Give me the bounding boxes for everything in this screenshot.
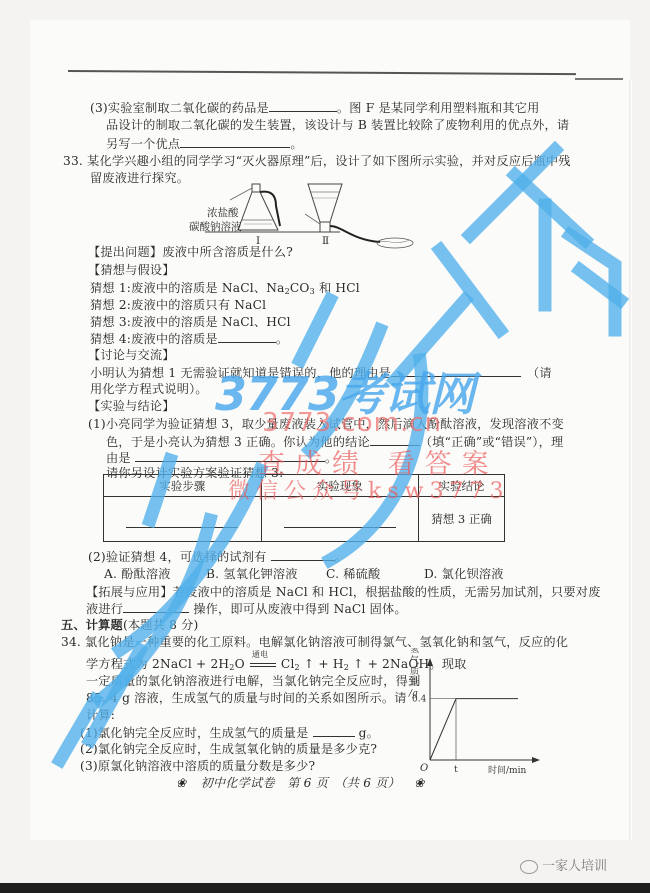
svg-text:质: 质 xyxy=(410,665,419,677)
experiment-table: 实验步骤 实验现象 实验结论 猜想 3 正确 xyxy=(103,474,505,542)
answer-blank[interactable] xyxy=(180,135,290,148)
reaction-arrow: 通电 xyxy=(249,656,277,672)
q34-sub2: (2)氯化钠完全反应时，生成氢氧化钠的质量是多少克? xyxy=(80,741,377,757)
q33-intro-line2: 留废液进行探究。 xyxy=(90,170,189,186)
exp1-line1: (1)小亮同学为验证猜想 3，取少量废液装入试管中，然后滴入酚酞溶液，发现溶液不… xyxy=(88,416,564,432)
table-cell-steps[interactable] xyxy=(104,497,262,542)
option-a: A. 酚酞溶液 xyxy=(104,566,171,582)
table-header-phenomena: 实验现象 xyxy=(261,475,419,497)
q34-sub3: (3)原氯化钠溶液中溶质的质量分数是多少? xyxy=(80,758,315,774)
section5-heading: 五、计算题(本题共 8 分) xyxy=(61,617,199,633)
answer-blank[interactable] xyxy=(126,527,238,528)
answer-blank[interactable] xyxy=(313,724,355,737)
option-b: B. 氢氧化钾溶液 xyxy=(206,566,298,582)
q34-sub1: (1)氯化钠完全反应时，生成氢气的质量是 g。 xyxy=(80,724,379,741)
hypothesis-4: 猜想 4:废液中的溶质是。 xyxy=(90,330,288,347)
exp2-line1: (2)验证猜想 4，可选择的试剂有 。 xyxy=(88,548,347,565)
discussion-line1: 小明认为猜想 1 无需验证就知道是错误的，他的理由是（请 xyxy=(90,364,552,381)
top-rule-step xyxy=(575,78,623,80)
flower-ornament-right: ❀ xyxy=(414,776,424,790)
flower-ornament-left: ❀ xyxy=(176,776,186,790)
page-edge-shadow xyxy=(629,80,632,840)
label-apparatus-II: Ⅱ xyxy=(322,235,329,247)
svg-text:氢: 氢 xyxy=(410,648,419,655)
q34-line5: 计算: xyxy=(86,707,115,723)
table-cell-phenomena[interactable] xyxy=(261,497,419,542)
wechat-icon xyxy=(520,860,538,874)
discussion-heading: 【讨论与交流】 xyxy=(88,347,175,363)
extension-line2: 液进行 操作，即可从废液中得到 NaCl 固体。 xyxy=(86,600,407,617)
label-concentrated-hcl: 浓盐酸 xyxy=(207,205,239,220)
q34-line4: 85. 4 g 溶液，生成氢气的质量与时间的关系如图所示。请 xyxy=(86,690,407,706)
q32-part3-line3: 另写一个优点。 xyxy=(106,135,303,152)
q32-part3-line2: 品设计的制取二氧化碳的发生装置，该设计与 B 装置比较除了废物利用的优点外，请 xyxy=(106,117,569,133)
answer-blank[interactable] xyxy=(269,99,337,112)
option-d: D. 氯化钡溶液 xyxy=(424,566,504,582)
table-cell-conclusion: 猜想 3 正确 xyxy=(419,497,505,542)
hypothesis-2: 猜想 2:废液中的溶质只有 NaCl xyxy=(90,297,266,313)
answer-blank[interactable] xyxy=(218,330,276,343)
q34-line3: 一定质量的氯化钠溶液进行电解，当氯化钠完全反应时，得到 xyxy=(86,673,420,689)
svg-text:0.4: 0.4 xyxy=(412,695,427,705)
experiment-heading: 【实验与结论】 xyxy=(88,398,175,414)
svg-text:O: O xyxy=(420,763,428,774)
extension-line1: 【拓展与应用】若废液中的溶质是 NaCl 和 HCl，根据盐酸的性质，无需另加试… xyxy=(86,584,601,600)
exp1-line2: 色，于是小亮认为猜想 3 正确。你认为他的结论（填“正确”或“错误”），理 xyxy=(106,433,563,450)
wechat-source-tag: 一家人培训 xyxy=(520,855,607,874)
svg-text:量: 量 xyxy=(410,677,419,688)
discussion-line2: 用化学方程式说明）。 xyxy=(90,381,208,397)
hypothesis-heading: 【猜想与假设】 xyxy=(88,262,175,278)
chart-canvas: 氢气质量/g0.4tO时间/min xyxy=(400,648,550,778)
svg-text:气: 气 xyxy=(410,654,419,666)
table-header-steps: 实验步骤 xyxy=(104,475,262,497)
svg-text:t: t xyxy=(454,765,458,775)
label-sodium-carbonate: 碳酸钠溶液 xyxy=(189,219,242,234)
q33-intro-line1: 33. 某化学兴趣小组的同学学习“灭火器原理”后，设计了如下图所示实验，并对反应… xyxy=(63,153,571,169)
page-footer: ❀ 初中化学试卷 第 6 页 （共 6 页） ❀ xyxy=(176,775,425,791)
svg-text:时间/min: 时间/min xyxy=(488,764,526,776)
option-c: C. 稀硫酸 xyxy=(326,566,380,582)
answer-blank[interactable] xyxy=(284,527,396,528)
answer-blank[interactable] xyxy=(391,364,521,377)
answer-blank[interactable] xyxy=(123,600,189,613)
answer-blank[interactable] xyxy=(135,449,325,462)
apparatus-figure: 浓盐酸 碳酸钠溶液 Ⅰ Ⅱ xyxy=(180,182,440,250)
answer-blank[interactable] xyxy=(370,433,420,446)
hypothesis-3: 猜想 3:废液中的溶质是 NaCl、HCl xyxy=(90,314,291,330)
bottom-border xyxy=(0,883,650,893)
q32-part3-line1: (3)实验室制取二氧化碳的药品是。图 F 是某同学利用塑料瓶和其它用 xyxy=(90,99,540,116)
table-header-conclusion: 实验结论 xyxy=(419,475,505,497)
answer-blank[interactable] xyxy=(271,548,335,561)
exp1-line3: 由是 。 xyxy=(106,449,337,466)
hydrogen-mass-chart: 氢气质量/g0.4tO时间/min xyxy=(400,648,550,778)
question-heading: 【提出问题】废液中所含溶质是什么? xyxy=(88,244,293,260)
